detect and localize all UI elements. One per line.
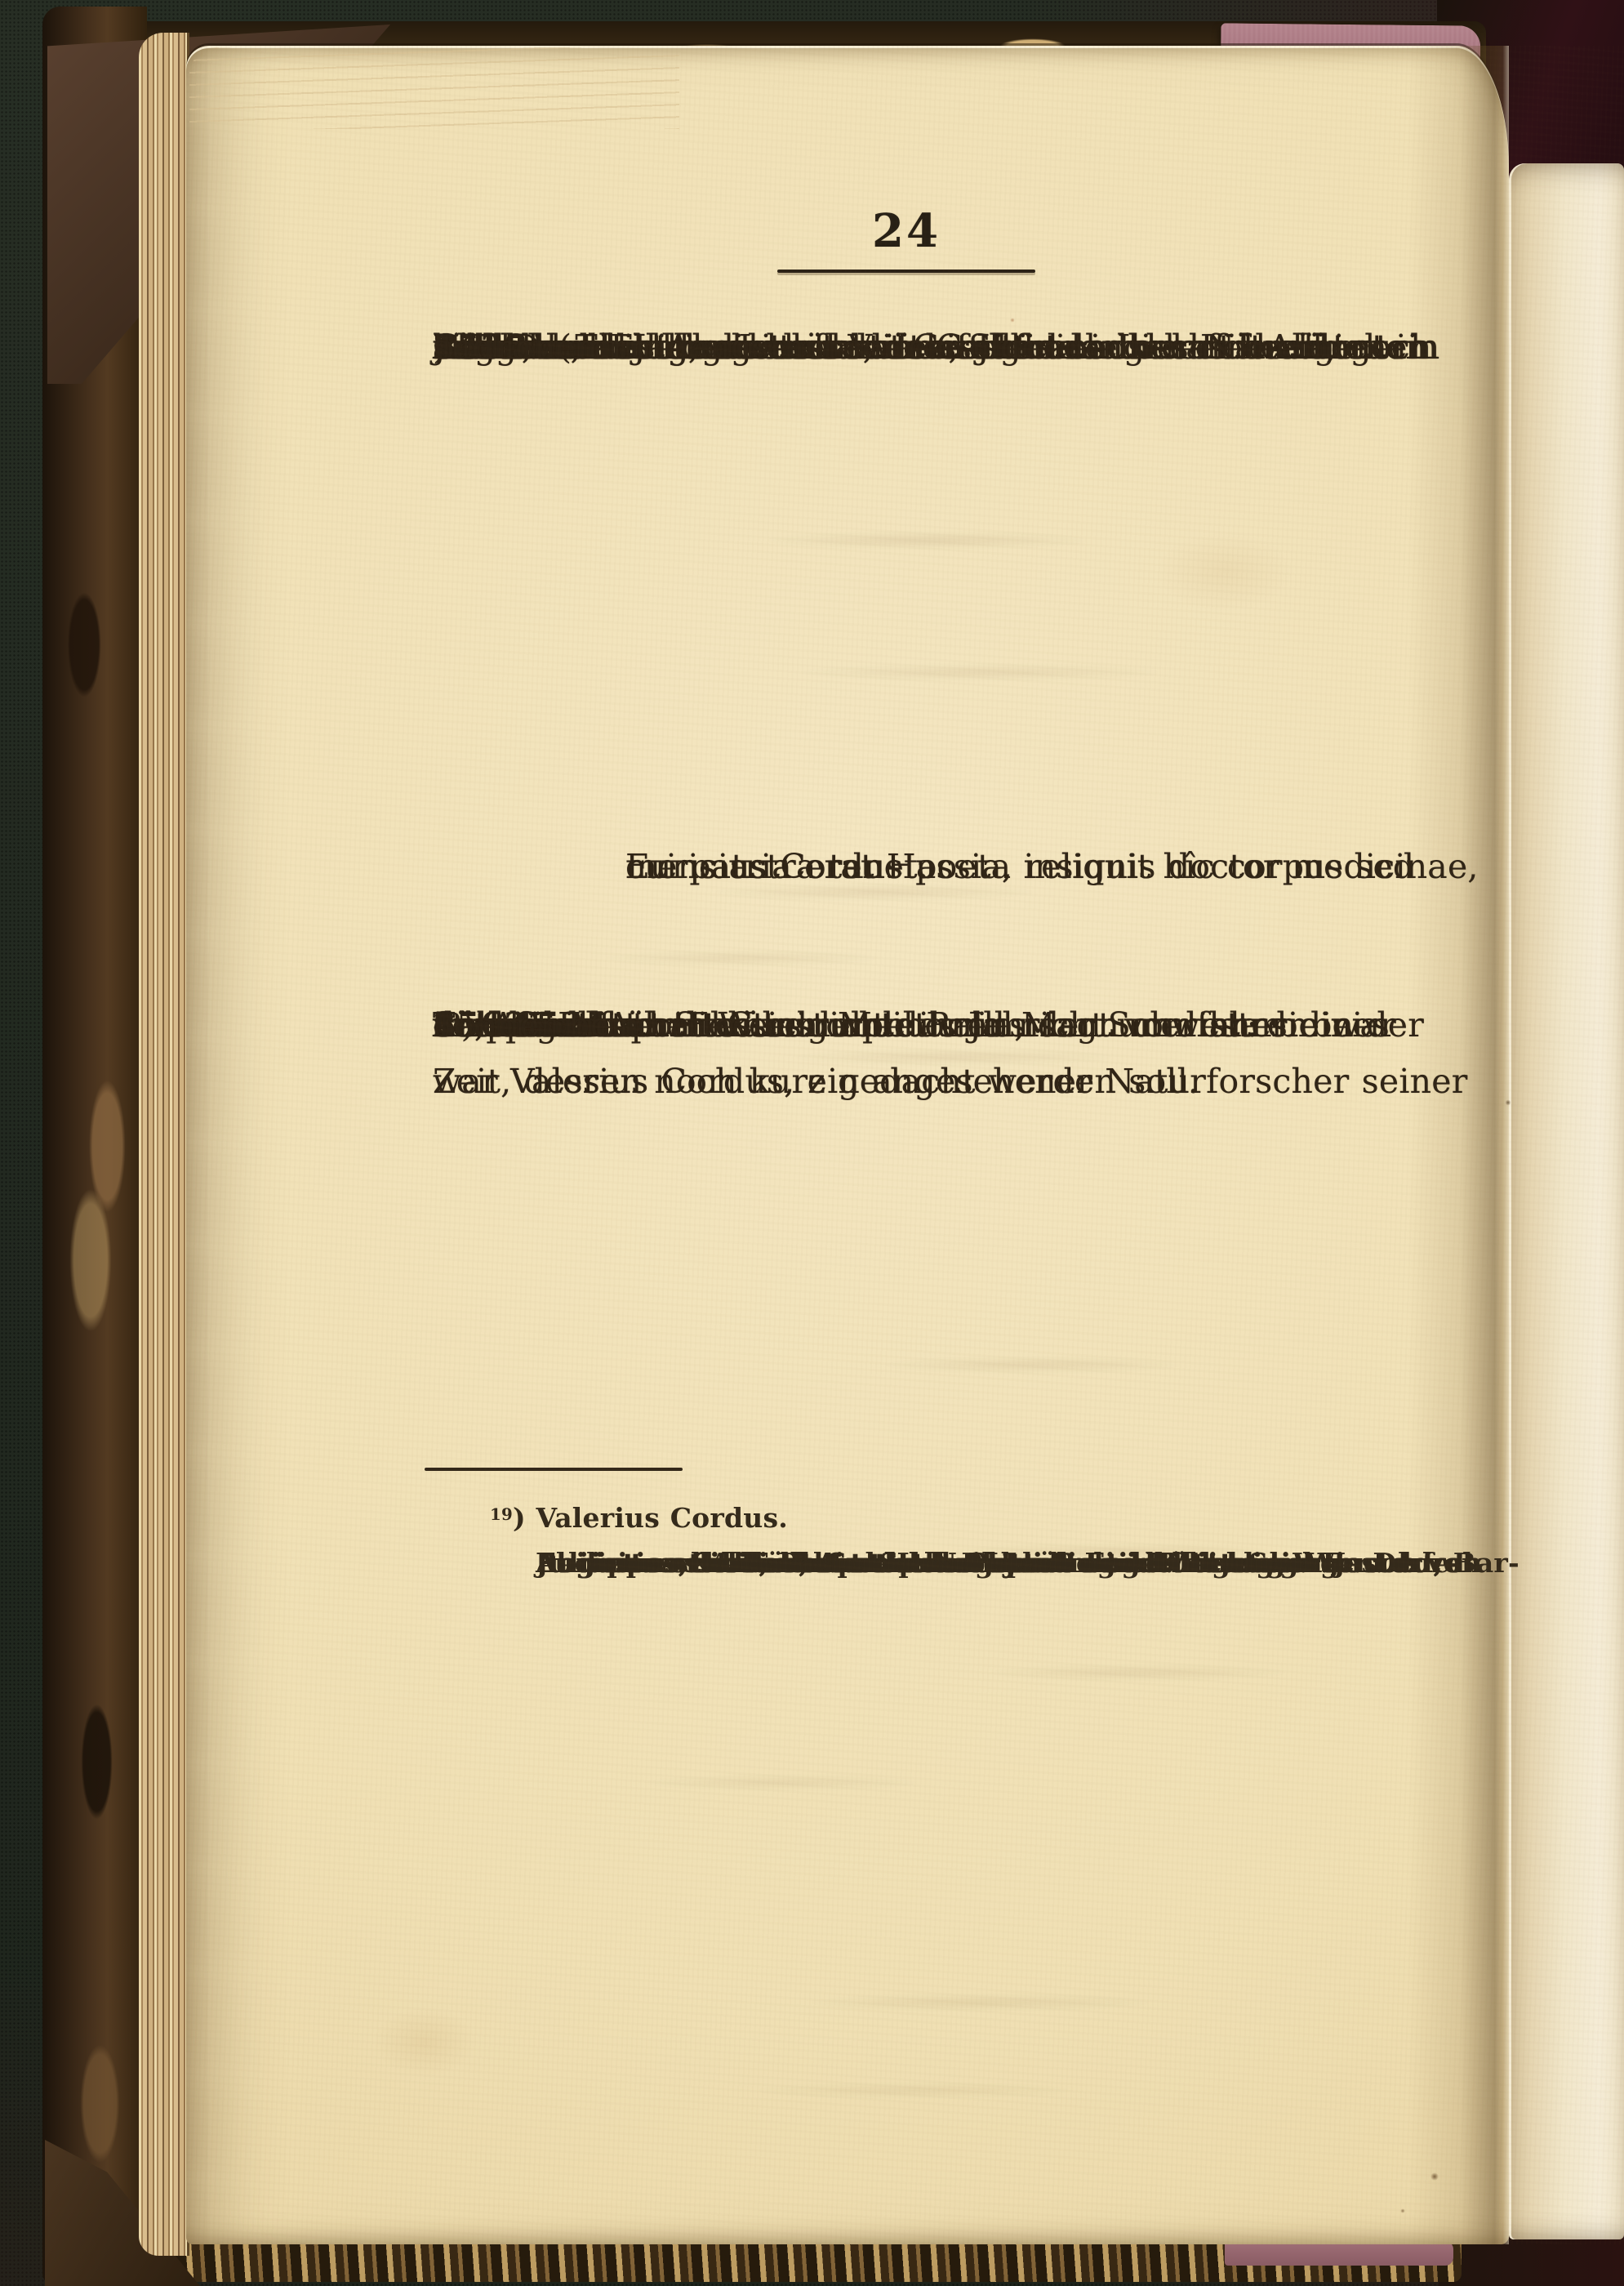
foxing-stains	[0, 0, 1624, 2286]
book-page-photo: 24 Doch sollte unsere Vaterstadt sich di…	[0, 0, 1624, 2286]
